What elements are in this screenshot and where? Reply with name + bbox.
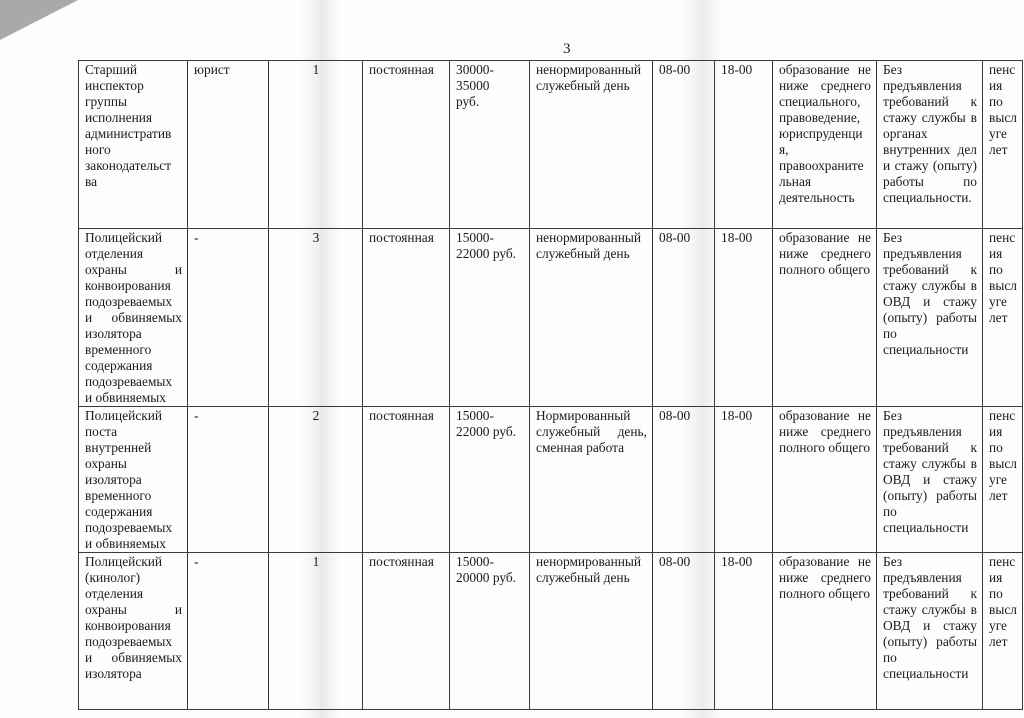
- work-mode-cell: ненормированный служебный день: [530, 61, 653, 229]
- page-number: 3: [563, 41, 571, 58]
- start-time-cell: 08-00: [653, 553, 715, 710]
- employment-cell: постоянная: [363, 553, 450, 710]
- specialty-cell: юрист: [188, 61, 269, 229]
- benefits-cell: пенс ия по высл уге лет: [983, 553, 1023, 710]
- employment-cell: постоянная: [363, 61, 450, 229]
- salary-cell: 15000- 22000 руб.: [450, 407, 530, 553]
- experience-cell: Без предъявления требований к стажу служ…: [877, 553, 983, 710]
- benefits-cell: пенс ия по высл уге лет: [983, 229, 1023, 407]
- position-cell: Старший инспектор группы исполнения адми…: [79, 61, 188, 229]
- count-cell: 2: [269, 407, 363, 553]
- table-row: Полицейский поста внутренней охраны изол…: [79, 407, 1023, 553]
- employment-cell: постоянная: [363, 407, 450, 553]
- employment-cell: постоянная: [363, 229, 450, 407]
- salary-cell: 15000- 22000 руб.: [450, 229, 530, 407]
- experience-cell: Без предъявления требований к стажу служ…: [877, 229, 983, 407]
- education-cell: образование не ниже среднего специальног…: [773, 61, 877, 229]
- table-row: Старший инспектор группы исполнения адми…: [79, 61, 1023, 229]
- end-time-cell: 18-00: [715, 553, 773, 710]
- end-time-cell: 18-00: [715, 61, 773, 229]
- salary-cell: 30000- 35000 руб.: [450, 61, 530, 229]
- table-row: Полицейский отделения охраны и конвоиров…: [79, 229, 1023, 407]
- count-cell: 3: [269, 229, 363, 407]
- education-cell: образование не ниже среднего полного общ…: [773, 553, 877, 710]
- position-cell: Полицейский (кинолог) отделения охраны и…: [79, 553, 188, 710]
- work-mode-cell: Нормированный служебный день, сменная ра…: [530, 407, 653, 553]
- experience-cell: Без предъявления требований к стажу служ…: [877, 407, 983, 553]
- page-corner-shadow: [0, 0, 78, 40]
- count-cell: 1: [269, 553, 363, 710]
- specialty-cell: -: [188, 229, 269, 407]
- end-time-cell: 18-00: [715, 407, 773, 553]
- salary-cell: 15000- 20000 руб.: [450, 553, 530, 710]
- count-cell: 1: [269, 61, 363, 229]
- position-cell: Полицейский поста внутренней охраны изол…: [79, 407, 188, 553]
- specialty-cell: -: [188, 553, 269, 710]
- specialty-cell: -: [188, 407, 269, 553]
- work-mode-cell: ненормированный служебный день: [530, 229, 653, 407]
- work-mode-cell: ненормированный служебный день: [530, 553, 653, 710]
- experience-cell: Без предъявления требований к стажу служ…: [877, 61, 983, 229]
- start-time-cell: 08-00: [653, 407, 715, 553]
- table-row: Полицейский (кинолог) отделения охраны и…: [79, 553, 1023, 710]
- position-cell: Полицейский отделения охраны и конвоиров…: [79, 229, 188, 407]
- start-time-cell: 08-00: [653, 61, 715, 229]
- vacancy-table: Старший инспектор группы исполнения адми…: [78, 60, 1023, 710]
- start-time-cell: 08-00: [653, 229, 715, 407]
- scanned-page: 3 Старший инспектор группы исполнения ад…: [0, 0, 1024, 718]
- education-cell: образование не ниже среднего полного общ…: [773, 407, 877, 553]
- end-time-cell: 18-00: [715, 229, 773, 407]
- benefits-cell: пенс ия по высл уге лет: [983, 407, 1023, 553]
- benefits-cell: пенс ия по высл уге лет: [983, 61, 1023, 229]
- education-cell: образование не ниже среднего полного общ…: [773, 229, 877, 407]
